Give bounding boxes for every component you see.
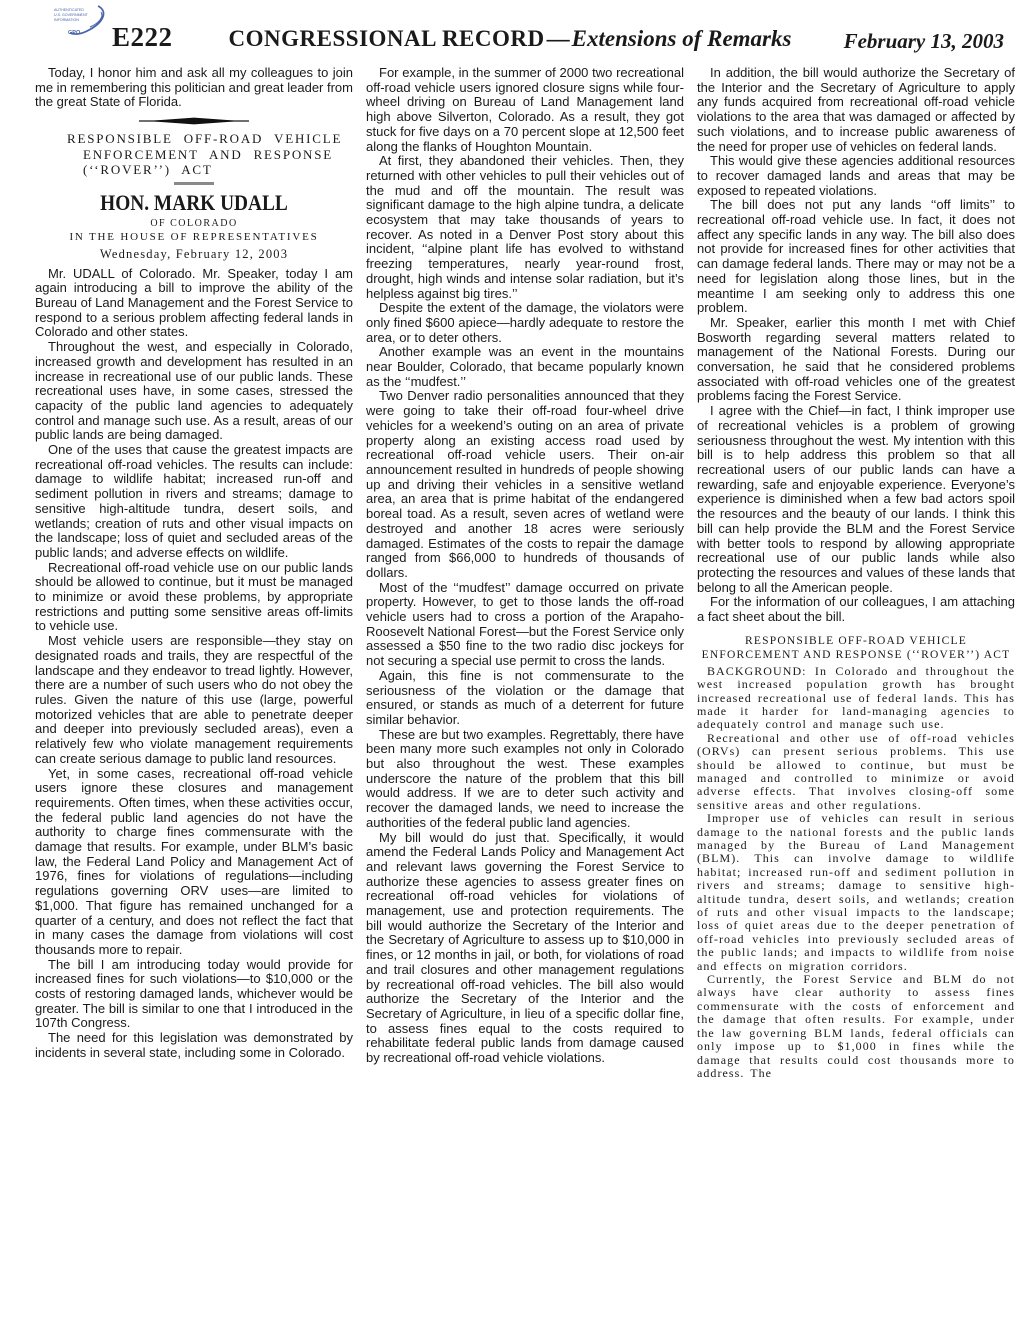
fact-sheet: RESPONSIBLE OFF-ROAD VEHICLE ENFORCEMENT… (697, 634, 1015, 1081)
paragraph: My bill would do just that. Specifically… (366, 831, 684, 1066)
masthead-title: CONGRESSIONAL RECORD (229, 26, 545, 51)
article-title-line3: (‘‘ROVER’’) ACT (83, 162, 353, 178)
fact-sheet-title-line1: RESPONSIBLE OFF-ROAD VEHICLE (697, 634, 1015, 648)
paragraph: Today, I honor him and ask all my collea… (35, 66, 353, 110)
member-name: HON. MARK UDALL (54, 190, 334, 216)
paragraph: For the information of our colleagues, I… (697, 595, 1015, 624)
masthead-dash: — (547, 26, 570, 51)
paragraph: Most vehicle users are responsible—they … (35, 634, 353, 766)
paragraph: These are but two examples. Regrettably,… (366, 728, 684, 831)
paragraph: Two Denver radio personalities announced… (366, 389, 684, 580)
paragraph: The need for this legislation was demons… (35, 1031, 353, 1060)
paragraph: I agree with the Chief—in fact, I think … (697, 404, 1015, 595)
paragraph: Despite the extent of the damage, the vi… (366, 301, 684, 345)
text-columns: Today, I honor him and ask all my collea… (0, 60, 1020, 1080)
paragraph: Most of the ‘‘mudfest’’ damage occurred … (366, 581, 684, 669)
paragraph: Currently, the Forest Service and BLM do… (697, 973, 1015, 1080)
section-divider-rule (139, 117, 249, 125)
session-date: Wednesday, February 12, 2003 (35, 247, 353, 262)
title-rule (174, 182, 214, 185)
paragraph: The bill does not put any lands ‘‘off li… (697, 198, 1015, 316)
paragraph: Another example was an event in the moun… (366, 345, 684, 389)
paragraph: One of the uses that cause the greatest … (35, 443, 353, 561)
article-title-line1: RESPONSIBLE OFF-ROAD VEHICLE (67, 131, 353, 147)
chamber-line: IN THE HOUSE OF REPRESENTATIVES (35, 231, 353, 243)
paragraph: Yet, in some cases, recreational off-roa… (35, 767, 353, 958)
gpo-logo-line1: AUTHENTICATED (54, 8, 84, 12)
gpo-logo-line2: U.S. GOVERNMENT (54, 13, 89, 17)
fact-sheet-title: RESPONSIBLE OFF-ROAD VEHICLE ENFORCEMENT… (697, 634, 1015, 662)
paragraph: Recreational and other use of off-road v… (697, 732, 1015, 812)
article-title-line2: ENFORCEMENT AND RESPONSE (83, 147, 353, 163)
paragraph: In addition, the bill would authorize th… (697, 66, 1015, 154)
page-header: AUTHENTICATED U.S. GOVERNMENT INFORMATIO… (0, 0, 1020, 60)
article-title: RESPONSIBLE OFF-ROAD VEHICLE ENFORCEMENT… (35, 131, 353, 178)
masthead-section: Extensions of Remarks (572, 26, 792, 51)
paragraph: Recreational off-road vehicle use on our… (35, 561, 353, 635)
paragraph: Improper use of vehicles can result in s… (697, 812, 1015, 973)
paragraph: Mr. Speaker, earlier this month I met wi… (697, 316, 1015, 404)
column-1: Today, I honor him and ask all my collea… (35, 66, 353, 1080)
congressional-record-page: AUTHENTICATED U.S. GOVERNMENT INFORMATIO… (0, 0, 1020, 1320)
column-2: For example, in the summer of 2000 two r… (366, 66, 684, 1080)
paragraph: This would give these agencies additiona… (697, 154, 1015, 198)
paragraph: Again, this fine is not commensurate to … (366, 669, 684, 728)
paragraph: For example, in the summer of 2000 two r… (366, 66, 684, 154)
fact-sheet-title-line2: ENFORCEMENT AND RESPONSE (‘‘ROVER’’) ACT (697, 648, 1015, 662)
paragraph: Mr. UDALL of Colorado. Mr. Speaker, toda… (35, 267, 353, 341)
column-3: In addition, the bill would authorize th… (697, 66, 1015, 1080)
paragraph: Throughout the west, and especially in C… (35, 340, 353, 443)
gpo-logo-line3: INFORMATION (54, 18, 79, 22)
issue-date: February 13, 2003 (844, 29, 1004, 54)
paragraph: At first, they abandoned their vehicles.… (366, 154, 684, 301)
paragraph: The bill I am introducing today would pr… (35, 958, 353, 1032)
paragraph: BACKGROUND: In Colorado and throughout t… (697, 665, 1015, 732)
member-state: OF COLORADO (35, 218, 353, 229)
